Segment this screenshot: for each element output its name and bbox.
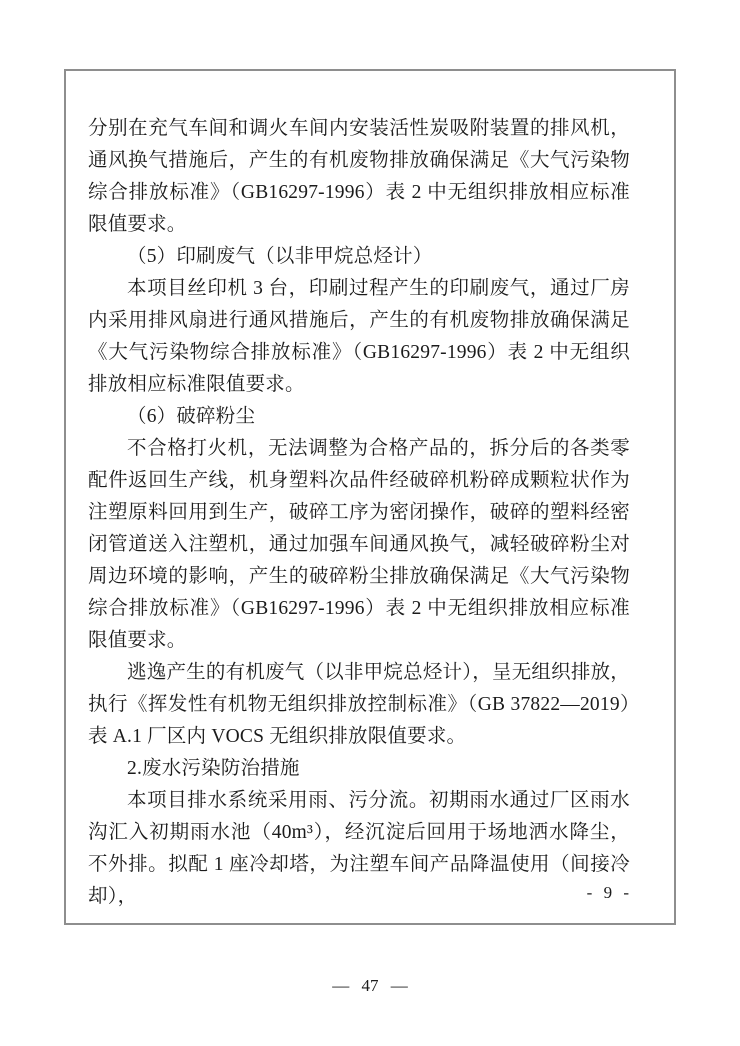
paragraph-crushing-dust: 不合格打火机，无法调整为合格产品的，拆分后的各类零配件返回生产线，机身塑料次品件… xyxy=(88,433,630,657)
heading-6-crushing-dust: （6）破碎粉尘 xyxy=(88,401,630,433)
body-text: 分别在充气车间和调火车间内安装活性炭吸附装置的排风机，通风换气措施后，产生的有机… xyxy=(88,113,630,913)
heading-5-printing-exhaust: （5）印刷废气（以非甲烷总烃计） xyxy=(88,241,630,273)
box-page-number: - 9 - xyxy=(587,883,630,903)
paragraph-wastewater: 本项目排水系统采用雨、污分流。初期雨水通过厂区雨水沟汇入初期雨水池（40m³），… xyxy=(88,785,630,913)
content-border-box: 分别在充气车间和调火车间内安装活性炭吸附装置的排风机，通风换气措施后，产生的有机… xyxy=(64,69,676,925)
paragraph-printing-exhaust: 本项目丝印机 3 台，印刷过程产生的印刷废气，通过厂房内采用排风扇进行通风措施后… xyxy=(88,273,630,401)
document-page: 分别在充气车间和调火车间内安装活性炭吸附装置的排风机，通风换气措施后，产生的有机… xyxy=(0,0,740,1046)
paragraph-continuation: 分别在充气车间和调火车间内安装活性炭吸附装置的排风机，通风换气措施后，产生的有机… xyxy=(88,113,630,241)
paragraph-fugitive-voc: 逃逸产生的有机废气（以非甲烷总烃计），呈无组织排放，执行《挥发性有机物无组织排放… xyxy=(88,657,630,753)
footer-page-number: — 47 — xyxy=(0,976,740,996)
heading-2-wastewater-measures: 2.废水污染防治措施 xyxy=(88,753,630,785)
